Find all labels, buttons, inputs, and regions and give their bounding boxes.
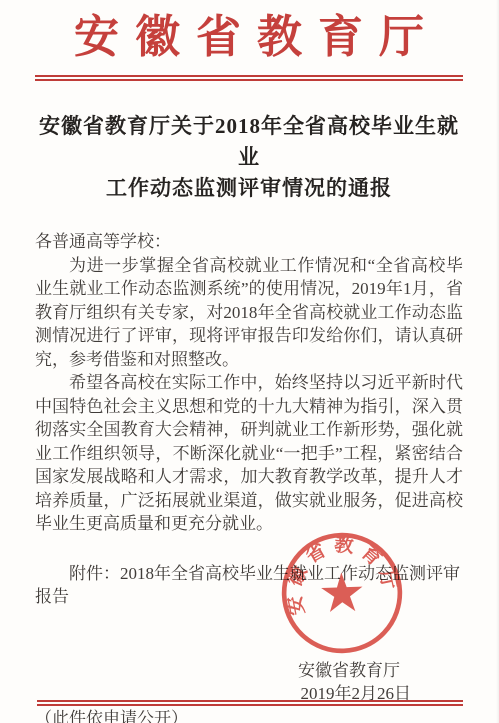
letterhead-divider — [35, 75, 463, 81]
letterhead-org-name: 安徽省教育厅 — [35, 11, 463, 64]
signoff-org-name: 安徽省教育厅 — [35, 659, 463, 683]
official-seal-graphic: 安徽省教育厅 — [278, 529, 406, 657]
footer-divider — [37, 700, 463, 706]
seal-star — [321, 572, 364, 613]
body-paragraph-1: 为进一步掌握全省高校就业工作情况和“全省高校毕业生就业工作动态监测系统”的使用情… — [35, 254, 463, 372]
signoff-block: 安徽省教育厅 2019年2月26日 — [35, 659, 463, 706]
salutation: 各普通高等学校： — [35, 230, 463, 254]
official-seal: 安徽省教育厅 — [278, 529, 406, 657]
body-paragraph-2: 希望各高校在实际工作中，始终坚持以习近平新时代中国特色社会主义思想和党的十九大精… — [35, 371, 463, 536]
document-page: 安徽省教育厅 安徽省教育厅关于2018年全省高校毕业生就业 工作动态监测评审情况… — [0, 0, 499, 723]
document-title: 安徽省教育厅关于2018年全省高校毕业生就业 工作动态监测评审情况的通报 — [35, 111, 463, 204]
disclosure-note: （此件依申请公开） — [35, 707, 463, 723]
document-title-line-2: 工作动态监测评审情况的通报 — [35, 173, 463, 204]
document-body: 各普通高等学校： 为进一步掌握全省高校就业工作情况和“全省高校毕业生就业工作动态… — [35, 230, 463, 536]
document-title-line-1: 安徽省教育厅关于2018年全省高校毕业生就业 — [35, 111, 463, 173]
